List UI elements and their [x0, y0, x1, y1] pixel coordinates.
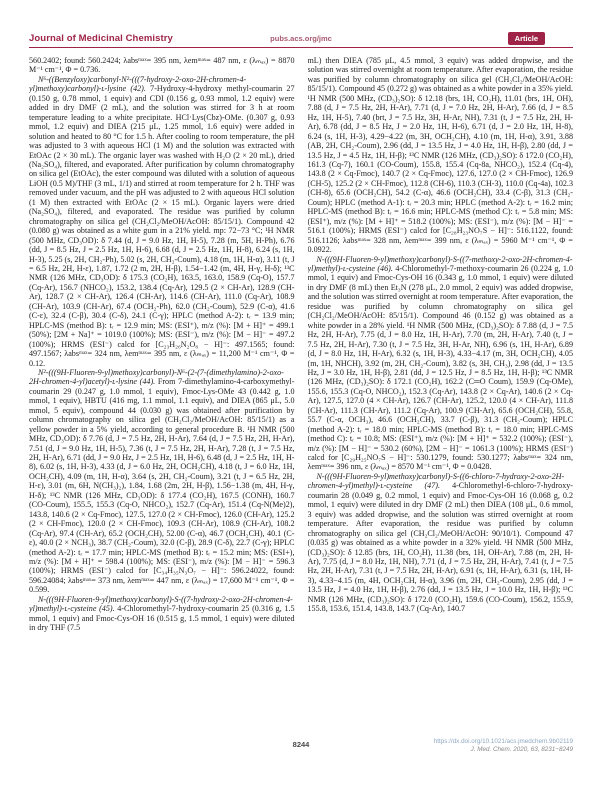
citation-text: J. Med. Chem. 2020, 63, 8231−8249	[434, 746, 573, 754]
paragraph: mL) then DIEA (785 μL, 4.5 mmol, 3 equiv…	[308, 56, 574, 255]
page-footer: 8244 https://dx.doi.org/10.1021/acs.jmed…	[29, 738, 573, 762]
column-left: 560.2402; found: 560.2424; λabsᵐᵃˣ= 395 …	[29, 56, 295, 737]
compound-heading: N-(((9H-Fluoren-9-yl)methoxy)carbonyl)-S…	[308, 472, 565, 490]
compound-heading: N-(((9H-Fluoren-9-yl)methoxy)carbonyl)-S…	[308, 255, 573, 273]
article-type-badge: Article	[508, 32, 545, 45]
compound-heading: N²-(((9H-Fluoren-9-yl)methoxy)carbonyl)-…	[29, 368, 284, 386]
paragraph: N⁶-((Benzyloxy)carbonyl-N²-(((7-hydroxy-…	[29, 75, 295, 368]
doi-block: https://dx.doi.org/10.1021/acs.jmedchem.…	[434, 738, 573, 753]
journal-url-link[interactable]: pubs.acs.org/jmc	[29, 34, 573, 43]
doi-link[interactable]: https://dx.doi.org/10.1021/acs.jmedchem.…	[434, 738, 573, 746]
paragraph: 560.2402; found: 560.2424; λabsᵐᵃˣ= 395 …	[29, 56, 295, 75]
paragraph: N²-(((9H-Fluoren-9-yl)methoxy)carbonyl)-…	[29, 368, 295, 595]
article-body: 560.2402; found: 560.2424; λabsᵐᵃˣ= 395 …	[29, 56, 573, 737]
paragraph: N-(((9H-Fluoren-9-yl)methoxy)carbonyl)-S…	[29, 595, 295, 633]
compound-heading: N⁶-((Benzyloxy)carbonyl-N²-(((7-hydroxy-…	[29, 75, 246, 93]
journal-page: Journal of Medicinal Chemistry pubs.acs.…	[0, 0, 600, 785]
paragraph: N-(((9H-Fluoren-9-yl)methoxy)carbonyl)-S…	[308, 255, 574, 472]
column-right: mL) then DIEA (785 μL, 4.5 mmol, 3 equiv…	[308, 56, 574, 737]
compound-heading: N-(((9H-Fluoren-9-yl)methoxy)carbonyl)-S…	[29, 595, 293, 613]
page-header: Journal of Medicinal Chemistry pubs.acs.…	[29, 30, 573, 48]
paragraph: N-(((9H-Fluoren-9-yl)methoxy)carbonyl)-S…	[308, 472, 574, 614]
